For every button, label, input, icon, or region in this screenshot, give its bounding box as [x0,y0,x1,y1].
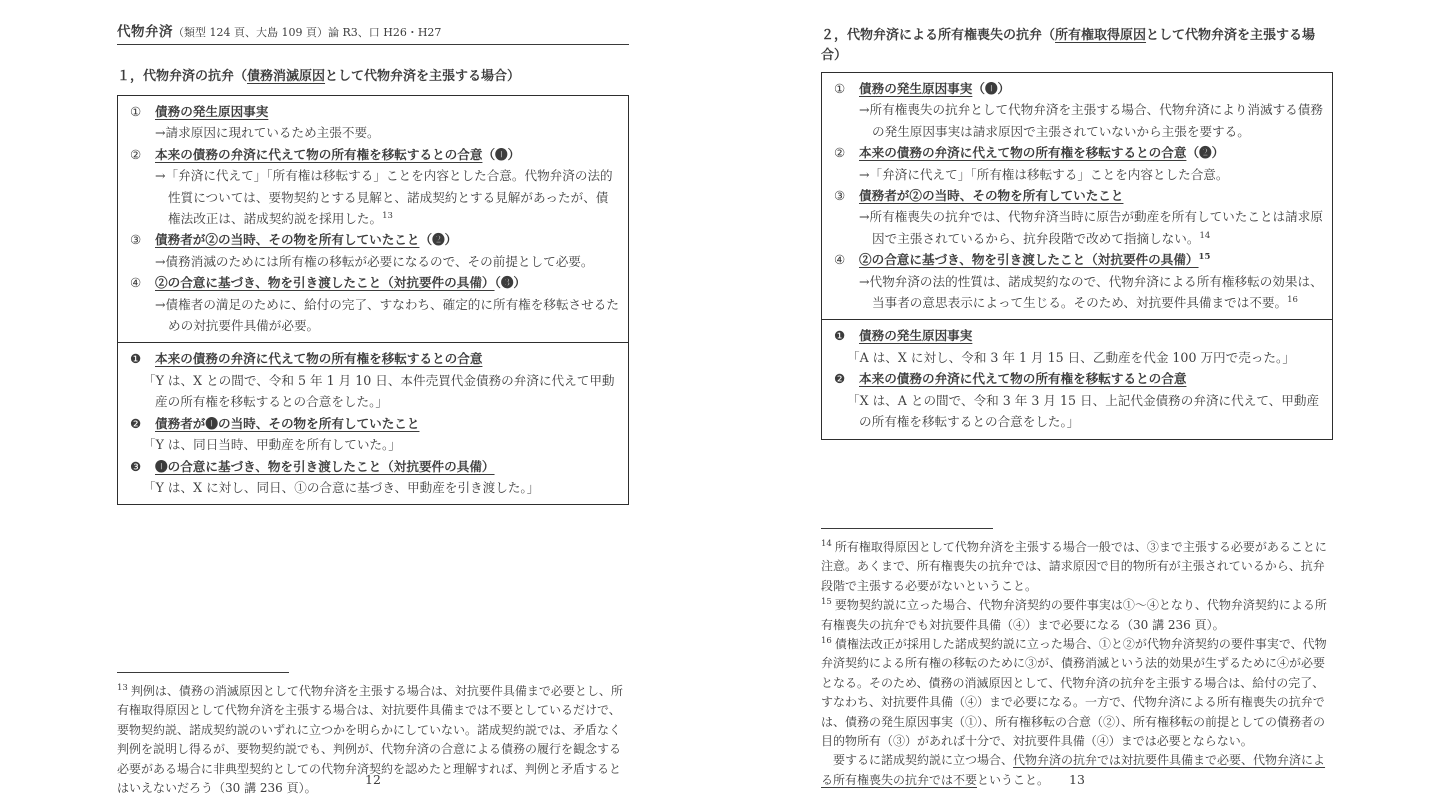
section-1-title-emphasis: 債務消滅原因 [247,69,325,84]
black-circled-1-icon: ❶ [130,348,155,369]
section-2-title: ２，代物弁済による所有権喪失の抗弁（所有権取得原因として代物弁済を主張する場合） [821,26,1333,66]
element-item-2: ② 本来の債務の弁済に代えて物の所有権を移転するとの合意（❷） →「弁済に代えて… [834,142,1324,185]
item-title-text: 本来の債務の弁済に代えて物の所有権を移転するとの合意 [155,147,482,162]
item-content: 本来の債務の弁済に代えて物の所有権を移転するとの合意（❶） →「弁済に代えて」「… [155,144,620,230]
example-quote: 「A は、X に対し、令和 3 年 1 月 15 日、乙動産を代金 100 万円… [847,347,1324,368]
item-content: ❶の合意に基づき、物を引き渡したこと（対抗要件の具備） 「Y は、X に対し、同… [155,456,620,499]
document-header-meta: （類型 124 頁、大島 109 頁）論 R3、口 H26・H27 [173,26,441,39]
document-header: 代物弁済（類型 124 頁、大島 109 頁）論 R3、口 H26・H27 [117,20,629,45]
item-explanation: →所有権喪失の抗弁として代物弁済を主張する場合、代物弁済により消滅する債務の発生… [859,99,1324,142]
footnotes-right: 14所有権取得原因として代物弁済を主張する場合一般では、③まで主張する必要がある… [821,528,1333,790]
item-explanation: →債務消滅のためには所有権の移転が必要になるので、その前提として必要。 [155,251,620,272]
example-title: ❶の合意に基づき、物を引き渡したこと（対抗要件の具備） [155,456,620,477]
circled-3-icon: ③ [130,229,155,250]
example-title: 債務の発生原因事実 [859,325,1324,346]
item-title: 債務者が②の当時、その物を所有していたこと（❷） [155,229,620,250]
item-explanation-text: →請求原因に現れているため主張不要。 [155,125,380,140]
item-explanation-text: →所有権喪失の抗弁では、代物弁済当時に原告が動産を所有していたことは請求原因で主… [859,209,1323,245]
footnote-separator [821,528,993,529]
footnote-ref-13: 13 [382,211,393,221]
item-explanation: →「弁済に代えて」「所有権は移転する」ことを内容とした合意。 [859,164,1324,185]
defense-elements-box-2: ① 債務の発生原因事実（❶） →所有権喪失の抗弁として代物弁済を主張する場合、代… [821,72,1333,440]
item-explanation: →請求原因に現れているため主張不要。 [155,122,620,143]
item-title: ②の合意に基づき、物を引き渡したこと（対抗要件の具備）（❸） [155,272,620,293]
item-title: ②の合意に基づき、物を引き渡したこと（対抗要件の具備）15 [859,249,1324,270]
item-content: 債務者が②の当時、その物を所有していたこと →所有権喪失の抗弁では、代物弁済当時… [859,185,1324,249]
item-title-text: 債務者が②の当時、その物を所有していたこと [859,188,1123,203]
item-content: 本来の債務の弁済に代えて物の所有権を移転するとの合意 「X は、A との間で、令… [859,368,1324,432]
item-title-suffix: （❷） [1186,145,1224,160]
example-item-1: ❶ 本来の債務の弁済に代えて物の所有権を移転するとの合意 「Y は、X との間で… [130,348,620,412]
footnote-16: 16債権法改正が採用した諾成契約説に立った場合、①と②が代物弁済契約の要件事実で… [821,635,1333,751]
circled-2-icon: ② [834,142,859,163]
item-title: 債務の発生原因事実（❶） [859,78,1324,99]
footnote-16-text: 債権法改正が採用した諾成契約説に立った場合、①と②が代物弁済契約の要件事実で、代… [821,637,1327,748]
item-explanation: →所有権喪失の抗弁では、代物弁済当時に原告が動産を所有していたことは請求原因で主… [859,206,1324,249]
item-title-suffix: （❶） [482,147,520,162]
defense-elements-box-1: ① 債務の発生原因事実 →請求原因に現れているため主張不要。 ② 本来の債務の弁… [117,95,629,505]
item-title-text: 本来の債務の弁済に代えて物の所有権を移転するとの合意 [859,145,1186,160]
pleading-examples-section: ❶ 債務の発生原因事実 「A は、X に対し、令和 3 年 1 月 15 日、乙… [822,319,1332,438]
example-item-2: ❷ 債務者が❶の当時、その物を所有していたこと 「Y は、同日当時、甲動産を所有… [130,413,620,456]
page-13: ２，代物弁済による所有権喪失の抗弁（所有権取得原因として代物弁済を主張する場合）… [821,0,1333,794]
item-content: 債務者が❶の当時、その物を所有していたこと 「Y は、同日当時、甲動産を所有して… [155,413,620,456]
pleading-examples-section: ❶ 本来の債務の弁済に代えて物の所有権を移転するとの合意 「Y は、X との間で… [118,342,628,504]
footnote-13-number: 13 [117,683,128,693]
footnote-14-number: 14 [821,539,832,549]
item-explanation: →債権者の満足のために、給付の完了、すなわち、確定的に所有権を移転させるための対… [155,294,620,337]
item-content: 債務者が②の当時、その物を所有していたこと（❷） →債務消滅のためには所有権の移… [155,229,620,272]
black-circled-3-icon: ❸ [130,456,155,477]
section-1-title-prefix: １，代物弁済の抗弁（ [117,69,247,84]
item-explanation-text: →債権者の満足のために、給付の完了、すなわち、確定的に所有権を移転させるための対… [155,297,619,333]
item-explanation: →「弁済に代えて」「所有権は移転する」ことを内容とした合意。代物弁済の法的性質に… [155,165,620,229]
example-title-text: 債務の発生原因事実 [859,328,972,343]
footnote-15: 15要物契約説に立った場合、代物弁済契約の要件事実は①～④となり、代物弁済契約に… [821,596,1333,635]
footnote-15-text: 要物契約説に立った場合、代物弁済契約の要件事実は①～④となり、代物弁済契約による… [821,598,1327,631]
item-title-text: ②の合意に基づき、物を引き渡したこと（対抗要件の具備） [859,252,1199,267]
elements-section: ① 債務の発生原因事実 →請求原因に現れているため主張不要。 ② 本来の債務の弁… [118,96,628,342]
section-2-title-emphasis: 所有権取得原因 [1055,28,1146,43]
element-item-1: ① 債務の発生原因事実（❶） →所有権喪失の抗弁として代物弁済を主張する場合、代… [834,78,1324,142]
item-title-suffix: （❶） [972,81,1010,96]
footnote-ref-15: 15 [1199,252,1211,262]
item-title: 債務の発生原因事実 [155,101,620,122]
section-1-title-suffix: として代物弁済を主張する場合） [325,69,520,84]
item-title-suffix: （❸） [495,275,526,290]
item-title: 本来の債務の弁済に代えて物の所有権を移転するとの合意（❶） [155,144,620,165]
elements-section: ① 債務の発生原因事実（❶） →所有権喪失の抗弁として代物弁済を主張する場合、代… [822,73,1332,319]
element-item-2: ② 本来の債務の弁済に代えて物の所有権を移転するとの合意（❶） →「弁済に代えて… [130,144,620,230]
item-explanation-text: →「弁済に代えて」「所有権は移転する」ことを内容とした合意。 [859,167,1228,182]
circled-4-icon: ④ [130,272,155,293]
example-title: 本来の債務の弁済に代えて物の所有権を移転するとの合意 [859,368,1324,389]
example-title-text: 本来の債務の弁済に代えて物の所有権を移転するとの合意 [859,371,1186,386]
footnote-separator [117,672,289,673]
item-title-text: 債務の発生原因事実 [859,81,972,96]
item-content: ②の合意に基づき、物を引き渡したこと（対抗要件の具備）15 →代物弁済の法的性質… [859,249,1324,313]
element-item-4: ④ ②の合意に基づき、物を引き渡したこと（対抗要件の具備）（❸） →債権者の満足… [130,272,620,336]
element-item-4: ④ ②の合意に基づき、物を引き渡したこと（対抗要件の具備）15 →代物弁済の法的… [834,249,1324,313]
page-12: 代物弁済（類型 124 頁、大島 109 頁）論 R3、口 H26・H27 １，… [117,0,629,794]
section-2-title-prefix: ２，代物弁済による所有権喪失の抗弁（ [821,28,1055,43]
example-title-text: ❶の合意に基づき、物を引き渡したこと（対抗要件の具備） [155,459,495,474]
black-circled-2-icon: ❷ [834,368,859,389]
example-item-1: ❶ 債務の発生原因事実 「A は、X に対し、令和 3 年 1 月 15 日、乙… [834,325,1324,368]
item-title: 本来の債務の弁済に代えて物の所有権を移転するとの合意（❷） [859,142,1324,163]
item-title: 債務者が②の当時、その物を所有していたこと [859,185,1324,206]
footnote-16-number: 16 [821,636,832,646]
section-1-title: １，代物弁済の抗弁（債務消滅原因として代物弁済を主張する場合） [117,67,629,87]
item-content: 債務の発生原因事実 「A は、X に対し、令和 3 年 1 月 15 日、乙動産… [859,325,1324,368]
circled-3-icon: ③ [834,185,859,206]
example-quote: 「Y は、X との間で、令和 5 年 1 月 10 日、本件売買代金債務の弁済に… [143,370,620,413]
item-content: 本来の債務の弁済に代えて物の所有権を移転するとの合意 「Y は、X との間で、令… [155,348,620,412]
item-explanation: →代物弁済の法的性質は、諾成契約なので、代物弁済による所有権移転の効果は、当事者… [859,271,1324,314]
footnote-ref-14: 14 [1199,231,1210,241]
item-content: 本来の債務の弁済に代えて物の所有権を移転するとの合意（❷） →「弁済に代えて」「… [859,142,1324,185]
circled-1-icon: ① [834,78,859,99]
example-title-text: 本来の債務の弁済に代えて物の所有権を移転するとの合意 [155,351,482,366]
footnote-ref-16: 16 [1287,295,1298,305]
footnote-15-number: 15 [821,597,832,607]
item-explanation-text: →債務消滅のためには所有権の移転が必要になるので、その前提として必要。 [155,254,594,269]
black-circled-2-icon: ❷ [130,413,155,434]
circled-2-icon: ② [130,144,155,165]
example-item-2: ❷ 本来の債務の弁済に代えて物の所有権を移転するとの合意 「X は、A との間で… [834,368,1324,432]
item-content: 債務の発生原因事実 →請求原因に現れているため主張不要。 [155,101,620,144]
element-item-3: ③ 債務者が②の当時、その物を所有していたこと →所有権喪失の抗弁では、代物弁済… [834,185,1324,249]
item-title-text: 債務の発生原因事実 [155,104,268,119]
footnote-16-conclusion-prefix: 要するに諾成契約説に立つ場合、 [821,753,1013,767]
item-explanation-text: →代物弁済の法的性質は、諾成契約なので、代物弁済による所有権移転の効果は、当事者… [859,274,1323,310]
example-title-text: 債務者が❶の当時、その物を所有していたこと [155,416,419,431]
item-title-suffix: （❷） [419,232,457,247]
example-quote: 「Y は、X に対し、同日、①の合意に基づき、甲動産を引き渡した。」 [143,477,620,498]
item-explanation-text: →所有権喪失の抗弁として代物弁済を主張する場合、代物弁済により消滅する債務の発生… [859,102,1323,138]
example-title: 債務者が❶の当時、その物を所有していたこと [155,413,620,434]
item-title-text: ②の合意に基づき、物を引き渡したこと（対抗要件の具備） [155,275,495,290]
black-circled-1-icon: ❶ [834,325,859,346]
example-quote: 「Y は、同日当時、甲動産を所有していた。」 [143,434,620,455]
element-item-3: ③ 債務者が②の当時、その物を所有していたこと（❷） →債務消滅のためには所有権… [130,229,620,272]
circled-4-icon: ④ [834,249,859,270]
example-item-3: ❸ ❶の合意に基づき、物を引き渡したこと（対抗要件の具備） 「Y は、X に対し… [130,456,620,499]
footnote-14: 14所有権取得原因として代物弁済を主張する場合一般では、③まで主張する必要がある… [821,538,1333,596]
item-title-text: 債務者が②の当時、その物を所有していたこと [155,232,419,247]
element-item-1: ① 債務の発生原因事実 →請求原因に現れているため主張不要。 [130,101,620,144]
item-content: 債務の発生原因事実（❶） →所有権喪失の抗弁として代物弁済を主張する場合、代物弁… [859,78,1324,142]
circled-1-icon: ① [130,101,155,122]
page-number-13: 13 [821,772,1333,787]
page-number-12: 12 [117,772,629,787]
example-title: 本来の債務の弁済に代えて物の所有権を移転するとの合意 [155,348,620,369]
footnote-14-text: 所有権取得原因として代物弁済を主張する場合一般では、③まで主張する必要があること… [821,540,1327,593]
example-quote: 「X は、A との間で、令和 3 年 3 月 15 日、上記代金債務の弁済に代え… [847,390,1324,433]
document-title: 代物弁済 [117,24,173,40]
item-content: ②の合意に基づき、物を引き渡したこと（対抗要件の具備）（❸） →債権者の満足のた… [155,272,620,336]
